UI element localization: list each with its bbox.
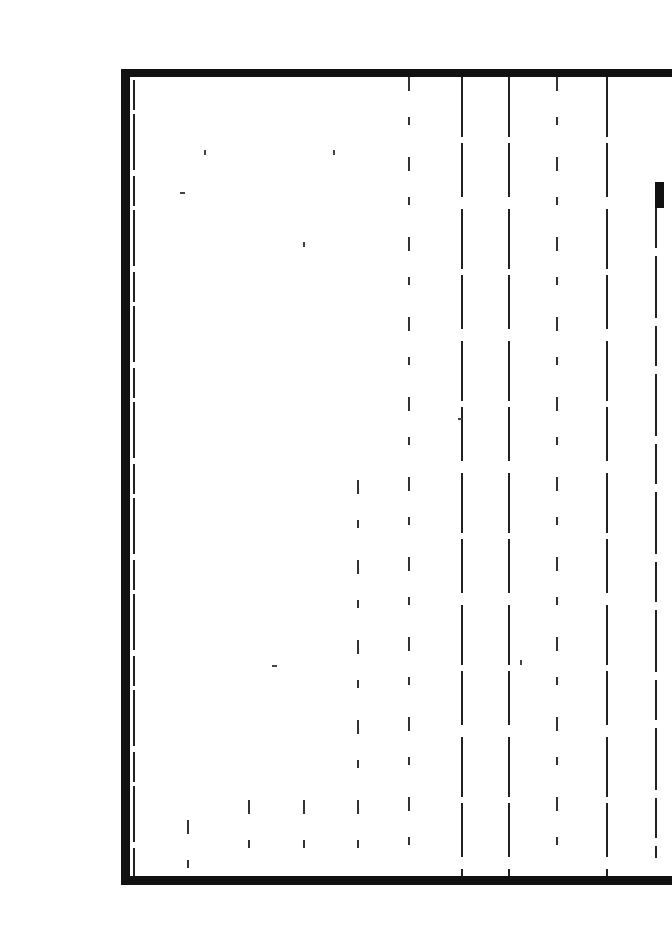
column-rule [408, 77, 410, 876]
page-border-bottom [121, 876, 672, 885]
column-rule [606, 77, 608, 876]
scanned-page: blank (no legible text) [0, 0, 672, 946]
page-edge-mark [655, 182, 664, 208]
scan-speck [458, 418, 462, 420]
column-rule [357, 480, 359, 876]
column-rule [248, 800, 250, 876]
column-rule [187, 820, 189, 876]
inner-margin-rule [133, 80, 135, 876]
page-border-top [124, 69, 672, 77]
page-edge-rule [655, 208, 657, 858]
scan-speck [520, 660, 522, 665]
column-rule [508, 77, 510, 876]
scan-speck [272, 665, 277, 667]
column-rule [461, 77, 463, 876]
scan-speck [204, 150, 206, 155]
column-rule [303, 800, 305, 876]
scan-speck [303, 242, 305, 247]
page-border-left [121, 69, 130, 885]
scan-speck [333, 150, 335, 155]
column-rule [556, 77, 558, 876]
scan-speck [180, 192, 185, 194]
